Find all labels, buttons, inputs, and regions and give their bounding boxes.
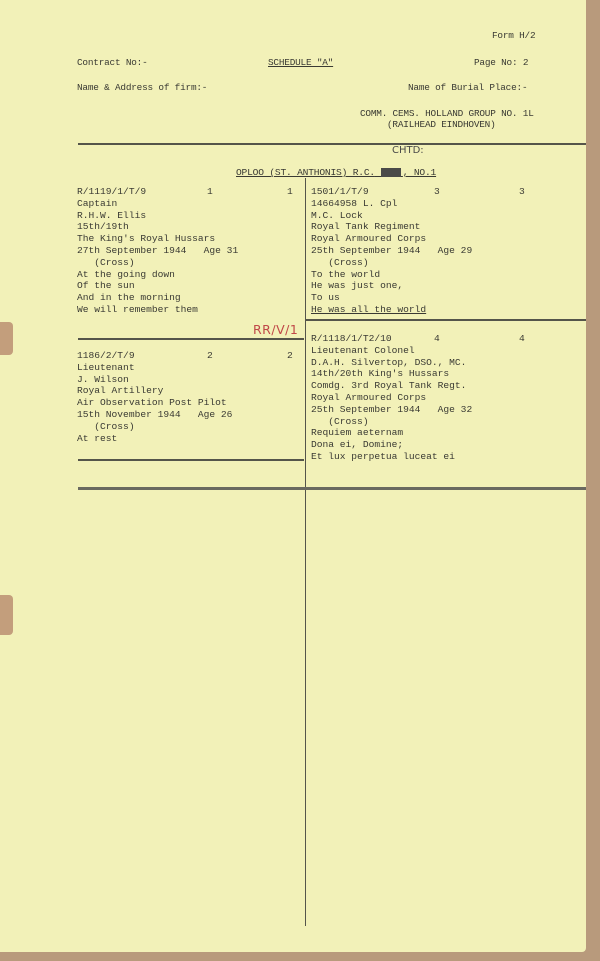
- inscription-line: At rest: [77, 433, 297, 445]
- grave-reference: R/1119/1/T/9: [77, 186, 297, 198]
- command: Comdg. 3rd Royal Tank Regt.: [311, 380, 581, 392]
- page-number-label: Page No: 2: [474, 57, 528, 68]
- entry-4-col-b: 4: [519, 333, 525, 344]
- rank: Captain: [77, 198, 297, 210]
- inscription-line: Et lux perpetua luceat ei: [311, 451, 581, 463]
- ink-strike: [381, 168, 401, 177]
- entry-3-col-b: 3: [519, 186, 525, 197]
- burial-place-line2: (RAILHEAD EINDHOVEN): [387, 119, 496, 130]
- entry-1-col-b: 1: [287, 186, 293, 197]
- name: M.C. Lock: [311, 210, 581, 222]
- name: J. Wilson: [77, 374, 297, 386]
- name: D.A.H. Silvertop, DSO., MC.: [311, 357, 581, 369]
- firm-label: Name & Address of firm:-: [77, 82, 207, 93]
- inscription-line: He was just one,: [311, 280, 581, 292]
- handwritten-correction: CHTD:: [392, 145, 424, 156]
- entry-3-col-a: 3: [434, 186, 440, 197]
- headstone-type: (Cross): [311, 257, 581, 269]
- grave-reference: 1501/1/T/9: [311, 186, 581, 198]
- burial-place-label: Name of Burial Place:-: [408, 82, 527, 93]
- date-age: 25th September 1944 Age 29: [311, 245, 581, 257]
- inscription-line: Requiem aeternam: [311, 427, 581, 439]
- date-age: 15th November 1944 Age 26: [77, 409, 297, 421]
- headstone-type: (Cross): [311, 416, 581, 428]
- top-rule: [78, 143, 586, 145]
- unit: Air Observation Post Pilot: [77, 397, 297, 409]
- inscription-line: He was all the world: [311, 304, 581, 316]
- grave-entry-2: 1186/2/T/9 Lieutenant J. Wilson Royal Ar…: [77, 350, 297, 444]
- entry-3-rule: [306, 319, 586, 321]
- corps: Royal Armoured Corps: [311, 233, 581, 245]
- grave-reference: 1186/2/T/9: [77, 350, 297, 362]
- regiment: 14th/20th King's Hussars: [311, 368, 581, 380]
- corps: Royal Armoured Corps: [311, 392, 581, 404]
- regiment: The King's Royal Hussars: [77, 233, 297, 245]
- inscription-line: At the going down: [77, 269, 297, 281]
- binder-tab-lower: [0, 595, 13, 635]
- unit: 15th/19th: [77, 221, 297, 233]
- entry-1-col-a: 1: [207, 186, 213, 197]
- cemetery-name: OPLOO (ST. ANTHONIS) R.C.: [236, 167, 375, 178]
- document-page: Form H/2 Contract No:- SCHEDULE "A" Page…: [0, 0, 586, 952]
- rank: Lieutenant: [77, 362, 297, 374]
- struck-word: CEM.: [381, 167, 403, 178]
- entry-2-col-a: 2: [207, 350, 213, 361]
- inscription-line: And in the morning: [77, 292, 297, 304]
- inscription-line: Of the sun: [77, 280, 297, 292]
- headstone-type: (Cross): [77, 421, 297, 433]
- inscription-line: To us: [311, 292, 581, 304]
- form-number: Form H/2: [492, 30, 535, 41]
- service-number-rank: 14664958 L. Cpl: [311, 198, 581, 210]
- entry-2-rule: [78, 459, 304, 461]
- regiment: Royal Tank Regiment: [311, 221, 581, 233]
- rank: Lieutenant Colonel: [311, 345, 581, 357]
- section-end-rule: [78, 487, 586, 490]
- contract-number-label: Contract No:-: [77, 57, 148, 68]
- entry-4-col-a: 4: [434, 333, 440, 344]
- schedule-title: SCHEDULE "A": [268, 57, 333, 68]
- name: R.H.W. Ellis: [77, 210, 297, 222]
- entry-2-col-b: 2: [287, 350, 293, 361]
- date-age: 27th September 1944 Age 31: [77, 245, 297, 257]
- cemetery-suffix: , NO.1: [403, 167, 436, 178]
- grave-entry-3: 1501/1/T/9 14664958 L. Cpl M.C. Lock Roy…: [311, 186, 581, 316]
- inscription-line: We will remember them: [77, 304, 297, 316]
- inscription-line: Dona ei, Domine;: [311, 439, 581, 451]
- inscription-line: To the world: [311, 269, 581, 281]
- regiment: Royal Artillery: [77, 385, 297, 397]
- entry-1-rule: [78, 338, 304, 340]
- date-age: 25th September 1944 Age 32: [311, 404, 581, 416]
- headstone-type: (Cross): [77, 257, 297, 269]
- binder-tab-upper: [0, 322, 13, 355]
- burial-place-line1: COMM. CEMS. HOLLAND GROUP NO. 1L: [360, 108, 534, 119]
- grave-entry-1: R/1119/1/T/9 Captain R.H.W. Ellis 15th/1…: [77, 186, 297, 316]
- red-handwritten-mark: RR/V/1: [253, 322, 298, 337]
- grave-entry-4: R/1118/1/T2/10 Lieutenant Colonel D.A.H.…: [311, 333, 581, 463]
- grave-reference: R/1118/1/T2/10: [311, 333, 581, 345]
- cemetery-title: OPLOO (ST. ANTHONIS) R.C. CEM., NO.1: [236, 167, 436, 178]
- column-divider: [305, 178, 306, 926]
